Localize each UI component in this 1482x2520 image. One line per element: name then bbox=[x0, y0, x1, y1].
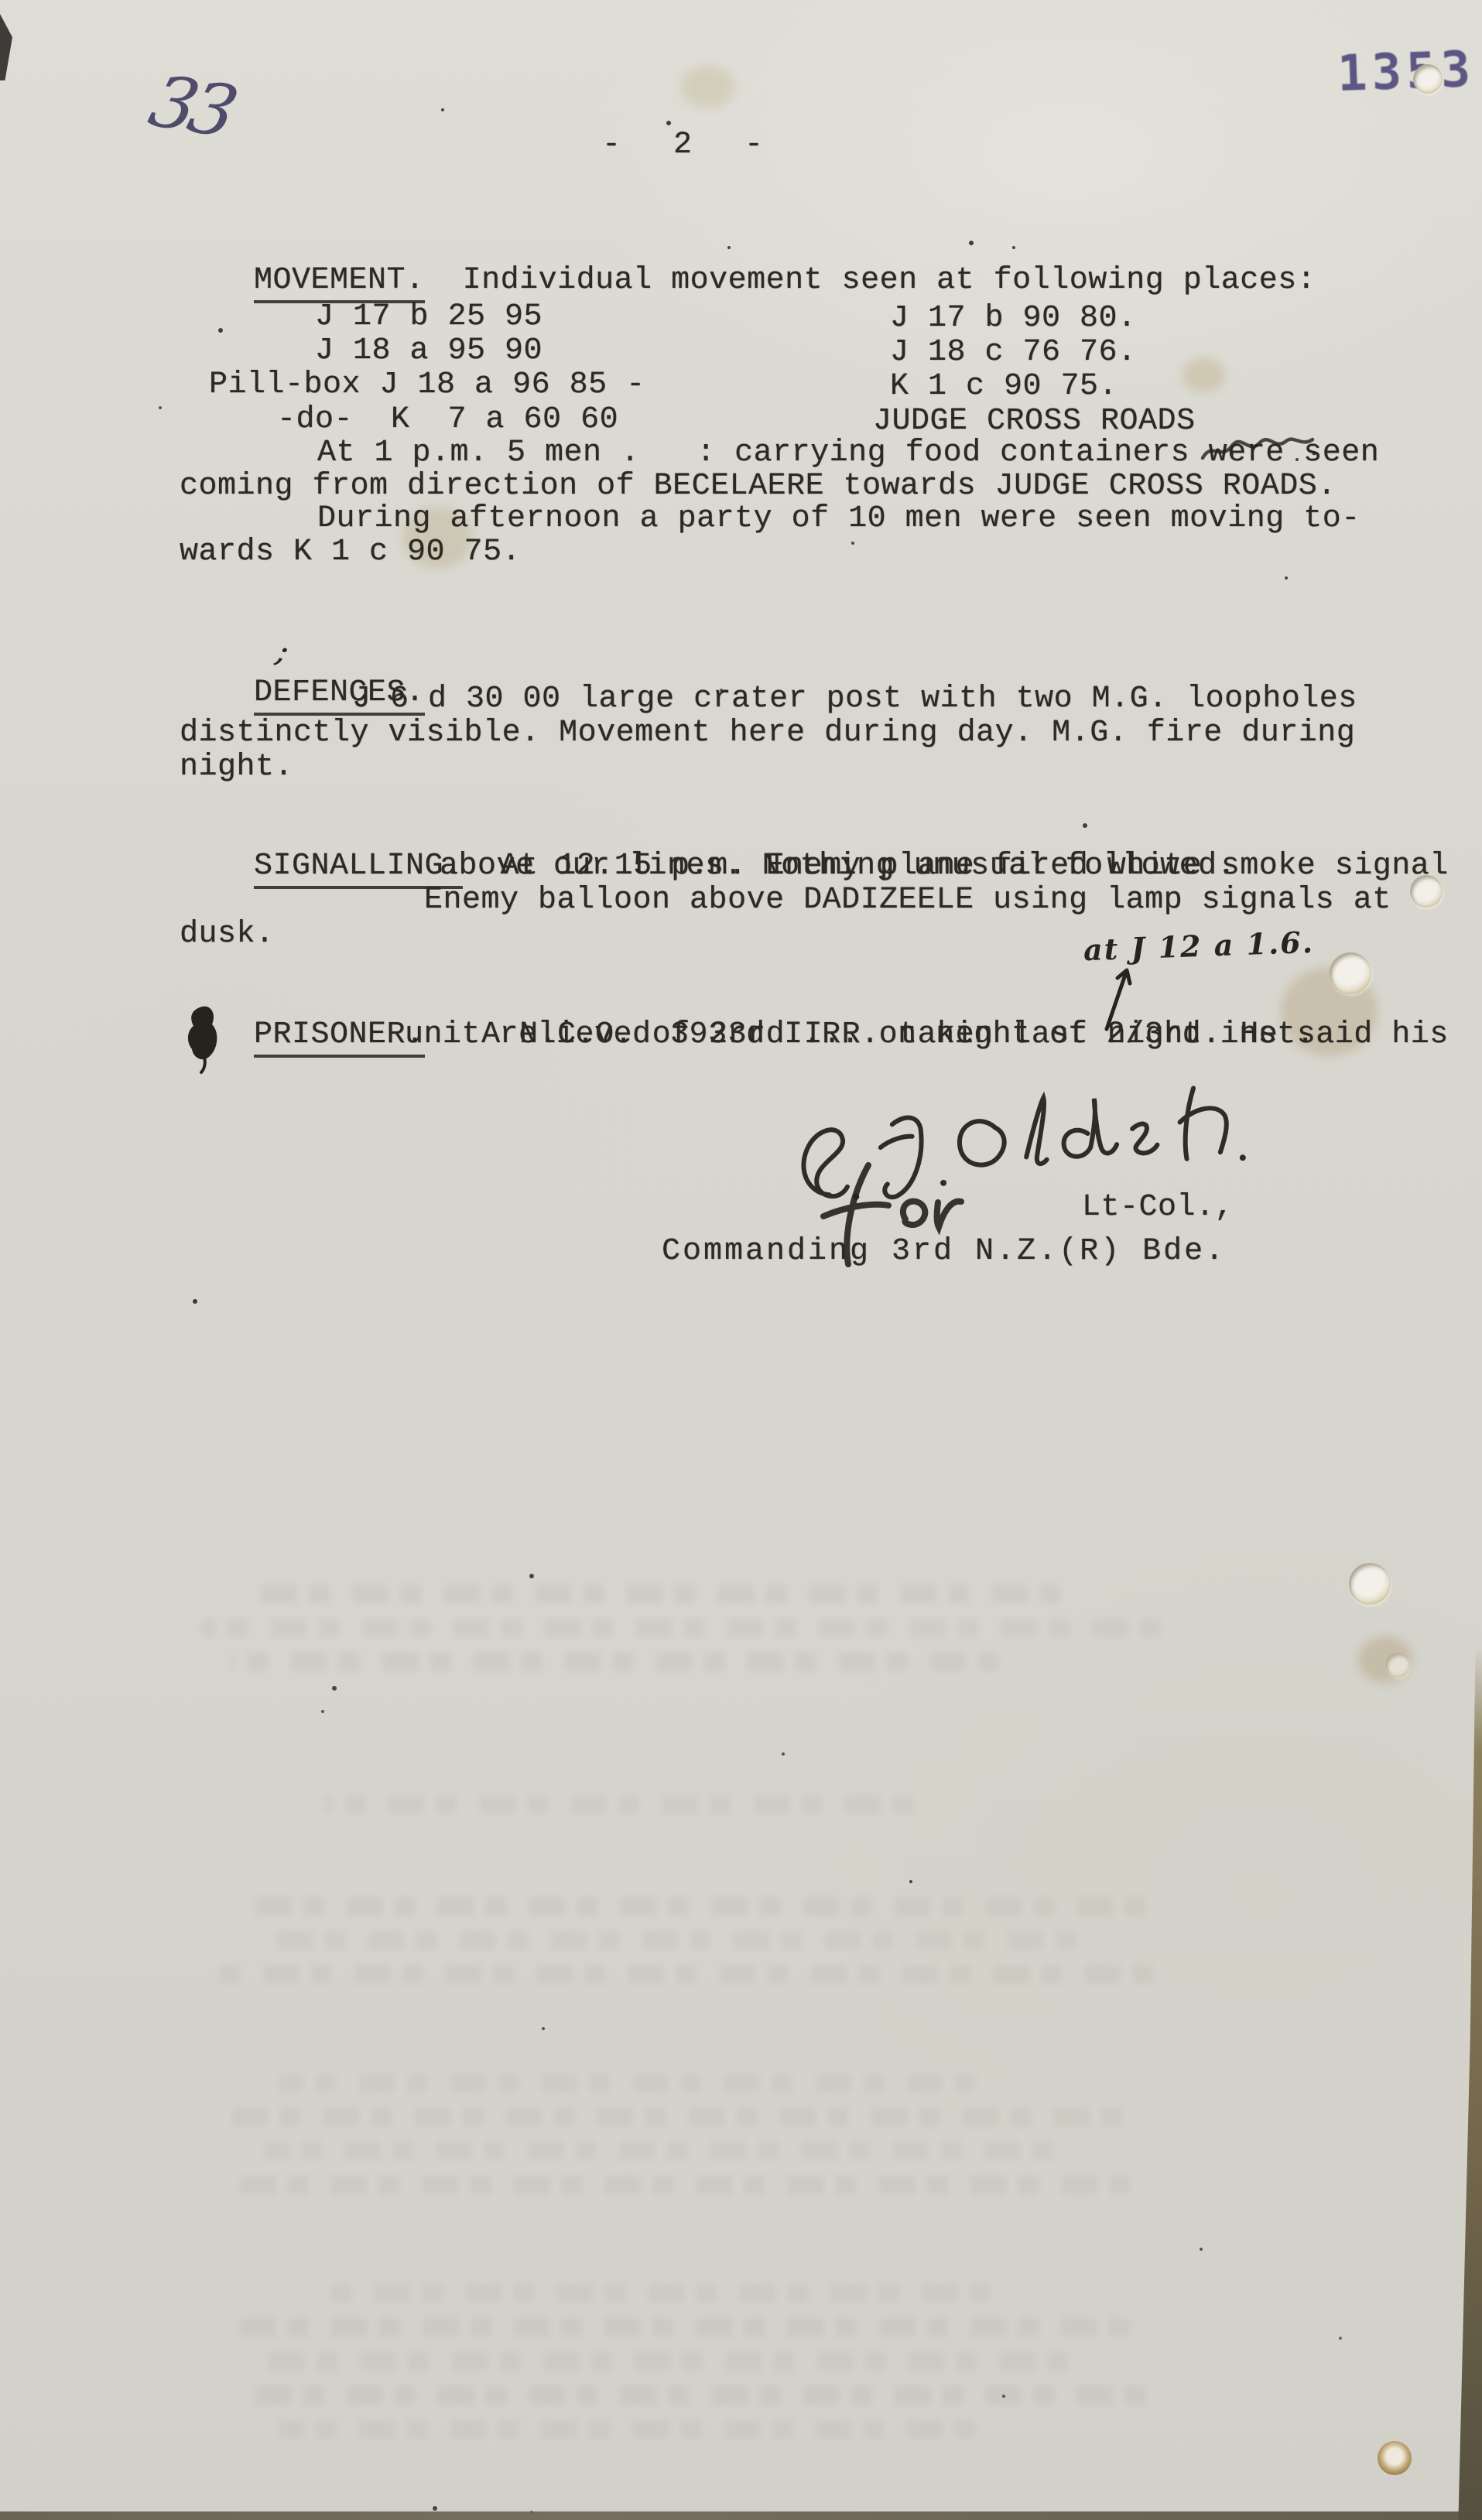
signalling-paragraph-line: dusk. bbox=[180, 918, 275, 952]
punch-hole bbox=[1413, 64, 1443, 94]
bleed-through-line bbox=[248, 1585, 1060, 1603]
bleed-through-line bbox=[232, 1897, 1145, 1916]
bleed-through-line bbox=[232, 2386, 1145, 2405]
bleed-through-line bbox=[217, 2176, 1130, 2194]
bleed-through-line bbox=[279, 2420, 975, 2439]
bleed-through-line bbox=[201, 1619, 1161, 1637]
bleed-through-line bbox=[263, 1931, 1076, 1950]
ink-blotch bbox=[181, 1001, 228, 1075]
prisoner-heading: PRISONER. bbox=[254, 1017, 425, 1058]
signalling-paragraph-line: above our lines. Nothing unusual followe… bbox=[440, 850, 1236, 884]
coordinate-line: J 18 c 76 76. bbox=[890, 336, 1137, 370]
bleed-through-line bbox=[232, 2108, 1122, 2126]
movement-heading: MOVEMENT. bbox=[254, 263, 425, 303]
bleed-through-line bbox=[279, 2074, 975, 2092]
scan-edge-right bbox=[1456, 1646, 1482, 2520]
insertion-arrow bbox=[1093, 958, 1139, 1035]
coordinate-line: J 17 b 25 95 bbox=[315, 300, 542, 334]
bleed-through-line bbox=[232, 2318, 1130, 2337]
dust-specks bbox=[441, 108, 444, 111]
paper-stain bbox=[1183, 357, 1225, 392]
page-number: - 2 - bbox=[602, 128, 780, 162]
coordinate-line: Pill-box J 18 a 96 85 - bbox=[209, 368, 645, 402]
coordinate-line: JUDGE CROSS ROADS bbox=[873, 405, 1196, 439]
prisoner-paragraph-line: unit relieved 393rd I.R. on night of 2/3… bbox=[405, 1018, 1315, 1052]
movement-paragraph-line: wards K 1 c 90 75. bbox=[180, 535, 521, 569]
signalling-paragraph-line: Enemy balloon above DADIZEELE using lamp… bbox=[424, 884, 1391, 918]
scanned-document-page: 33 - 2 - 1353 MOVEMENT. Individual movem… bbox=[0, 0, 1482, 2520]
coordinate-line: K 1 c 90 75. bbox=[890, 370, 1117, 404]
defences-paragraph-line: distinctly visible. Movement here during… bbox=[180, 716, 1355, 751]
signature-unit: Commanding 3rd N.Z.(R) Bde. bbox=[662, 1235, 1226, 1269]
punch-hole bbox=[1385, 1653, 1410, 1677]
paper-stain bbox=[681, 66, 735, 108]
bleed-through-line bbox=[217, 1965, 1153, 1984]
movement-paragraph-line: coming from direction of BECELAERE towar… bbox=[180, 470, 1337, 504]
handwritten-corner-number: 33 bbox=[142, 60, 241, 153]
bleed-through-line bbox=[263, 2142, 1052, 2160]
bleed-through-line bbox=[325, 1795, 913, 1814]
scan-edge-bottom bbox=[0, 2511, 1482, 2520]
movement-intro: Individual movement seen at following pl… bbox=[425, 263, 1316, 298]
punch-hole bbox=[1330, 952, 1371, 994]
scan-edge-top-left bbox=[0, 14, 12, 80]
bleed-through-line bbox=[232, 1653, 998, 1671]
bleed-through-line bbox=[263, 2352, 1068, 2371]
defences-paragraph-line: night. bbox=[180, 751, 293, 785]
stamp-number: 1353 bbox=[1337, 41, 1477, 103]
bleed-through-line bbox=[325, 2284, 991, 2303]
punch-hole bbox=[1349, 1563, 1391, 1605]
punch-hole bbox=[1410, 875, 1443, 908]
handwritten-scribble bbox=[1198, 427, 1322, 474]
defences-paragraph-line: J 6 d 30 00 large crater post with two M… bbox=[352, 682, 1357, 716]
coordinate-line: -do- K 7 a 60 60 bbox=[277, 403, 618, 437]
coordinate-line: J 18 a 95 90 bbox=[315, 334, 542, 368]
movement-paragraph-line: During afternoon a party of 10 men were … bbox=[317, 502, 1360, 536]
signature-rank: Lt-Col., bbox=[1082, 1191, 1234, 1225]
punch-hole-stained bbox=[1378, 2441, 1412, 2475]
coordinate-line: J 17 b 90 80. bbox=[890, 302, 1137, 336]
